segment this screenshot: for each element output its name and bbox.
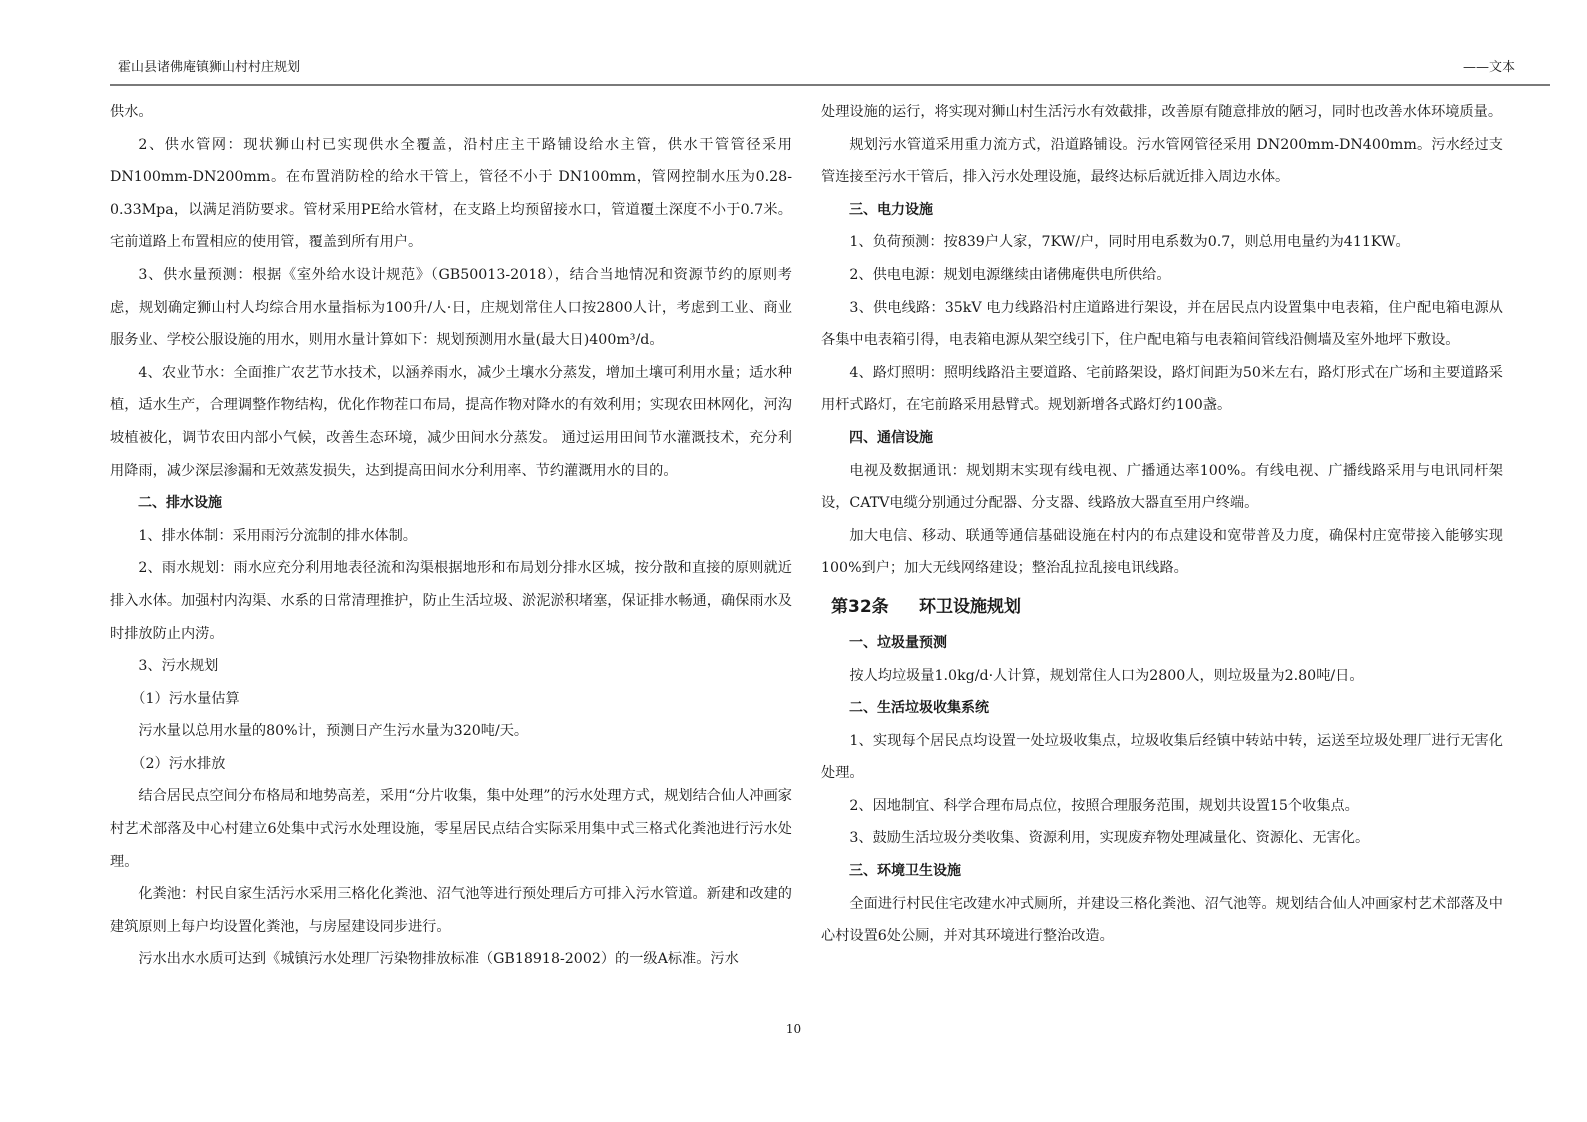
paragraph: 2、雨水规划：雨水应充分利用地表径流和沟渠根据地形和布局划分排水区城，按分散和直… [110,552,792,650]
section-heading-telecom: 四、通信设施 [821,422,1503,455]
paragraph: 电视及数据通讯：规划期末实现有线电视、广播通达率100%。有线电视、广播线路采用… [821,455,1503,520]
page-header: 霍山县诸佛庵镇狮山村村庄规划 ——文本 [110,56,1515,84]
paragraph: 加大电信、移动、联通等通信基础设施在村内的布点建设和宽带普及力度，确保村庄宽带接… [821,520,1503,585]
paragraph: 3、供电线路：35kV 电力线路沿村庄道路进行架设，并在居民点内设置集中电表箱，… [821,292,1503,357]
paragraph: （1）污水量估算 [110,683,792,716]
paragraph: 4、路灯照明：照明线路沿主要道路、宅前路架设，路灯间距为50米左右，路灯形式在广… [821,357,1503,422]
paragraph: 全面进行村民住宅改建水冲式厕所，并建设三格化粪池、沼气池等。规划结合仙人冲画家村… [821,888,1503,953]
paragraph: 2、因地制宜、科学合理布局点位，按照合理服务范围，规划共设置15个收集点。 [821,790,1503,823]
article-heading: 第32条环卫设施规划 [831,587,1503,627]
paragraph: 结合居民点空间分布格局和地势高差，采用“分片收集，集中处理”的污水处理方式，规划… [110,780,792,878]
page-number: 10 [0,1022,1587,1036]
section-heading-waste-collection: 二、生活垃圾收集系统 [821,692,1503,725]
paragraph: 规划污水管道采用重力流方式，沿道路铺设。污水管网管径采用 DN200mm-DN4… [821,129,1503,194]
paragraph: 3、鼓励生活垃圾分类收集、资源利用，实现废弃物处理减量化、资源化、无害化。 [821,822,1503,855]
paragraph: 污水出水水质可达到《城镇污水处理厂污染物排放标准（GB18918-2002）的一… [110,943,792,976]
article-title: 环卫设施规划 [919,597,1021,617]
paragraph: 污水量以总用水量的80%计，预测日产生污水量为320吨/天。 [110,715,792,748]
section-heading-sanitation: 三、环境卫生设施 [821,855,1503,888]
paragraph: （2）污水排放 [110,748,792,781]
right-column: 处理设施的运行，将实现对狮山村生活污水有效截排，改善原有随意排放的陋习，同时也改… [821,96,1503,953]
document-title: 霍山县诸佛庵镇狮山村村庄规划 [118,56,300,75]
section-heading-waste-forecast: 一、垃圾量预测 [821,627,1503,660]
paragraph: 2、供水管网：现状狮山村已实现供水全覆盖，沿村庄主干路铺设给水主管，供水干管管径… [110,129,792,259]
section-heading-drainage: 二、排水设施 [110,487,792,520]
paragraph: 供水。 [110,96,792,129]
paragraph: 3、供水量预测：根据《室外给水设计规范》（GB50013-2018），结合当地情… [110,259,792,357]
paragraph: 1、实现每个居民点均设置一处垃圾收集点，垃圾收集后经镇中转站中转，运送至垃圾处理… [821,725,1503,790]
paragraph: 3、污水规划 [110,650,792,683]
paragraph: 化粪池：村民自家生活污水采用三格化化粪池、沼气池等进行预处理后方可排入污水管道。… [110,878,792,943]
left-column: 供水。 2、供水管网：现状狮山村已实现供水全覆盖，沿村庄主干路铺设给水主管，供水… [110,96,792,976]
article-number: 第32条 [831,587,919,627]
paragraph: 1、负荷预测：按839户人家，7KW/户，同时用电系数为0.7，则总用电量约为4… [821,226,1503,259]
paragraph: 按人均垃圾量1.0kg/d·人计算，规划常住人口为2800人，则垃圾量为2.80… [821,660,1503,693]
paragraph: 处理设施的运行，将实现对狮山村生活污水有效截排，改善原有随意排放的陋习，同时也改… [821,96,1503,129]
header-divider [110,84,1550,86]
paragraph: 4、农业节水：全面推广农艺节水技术，以涵养雨水，减少土壤水分蒸发，增加土壤可利用… [110,357,792,487]
section-heading-power: 三、电力设施 [821,194,1503,227]
document-type: ——文本 [1463,56,1515,75]
paragraph: 2、供电电源：规划电源继续由诸佛庵供电所供给。 [821,259,1503,292]
paragraph: 1、排水体制：采用雨污分流制的排水体制。 [110,520,792,553]
